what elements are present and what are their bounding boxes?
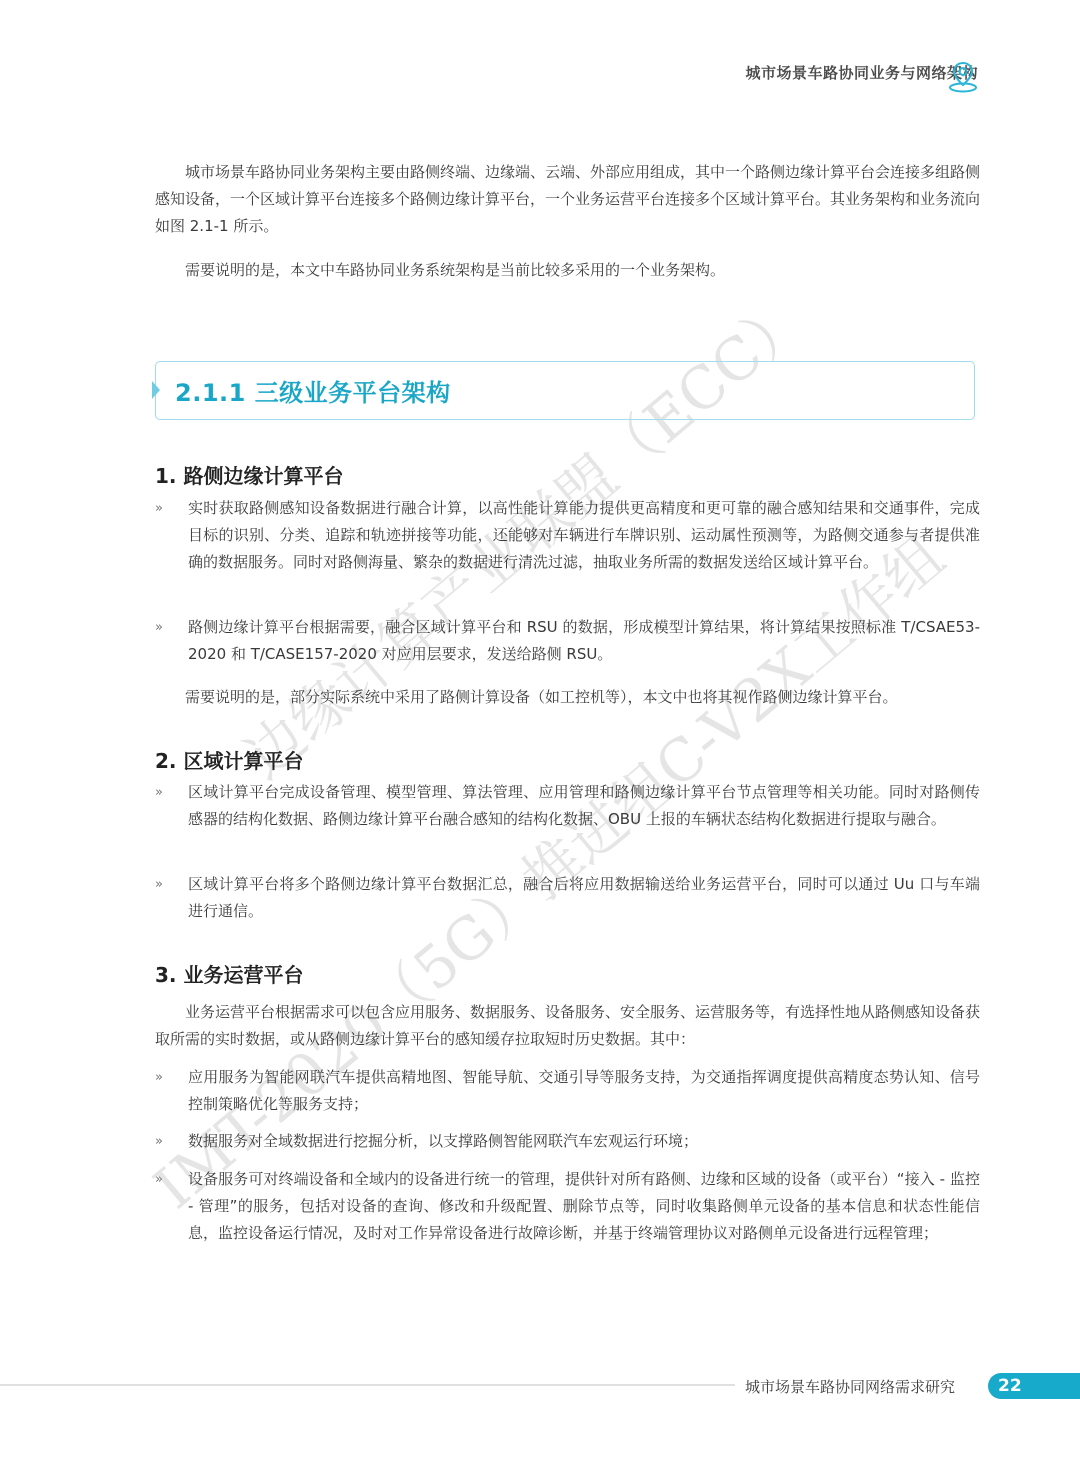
location-pin-icon: [946, 60, 980, 94]
bullet-chevron-icon: »: [155, 614, 175, 641]
bullet-chevron-icon: »: [155, 495, 175, 522]
footer-title: 城市场景车路协同网络需求研究: [745, 1376, 955, 1397]
running-header-title: 城市场景车路协同业务与网络架构: [745, 62, 978, 83]
list-item: » 实时获取路侧感知设备数据进行融合计算，以高性能计算能力提供更高精度和更可靠的…: [155, 495, 980, 576]
bullet-chevron-icon: »: [155, 779, 175, 806]
list-item: » 路侧边缘计算平台根据需要，融合区域计算平台和 RSU 的数据，形成模型计算结…: [155, 614, 980, 668]
intro-paragraph-2: 需要说明的是，本文中车路协同业务系统架构是当前比较多采用的一个业务架构。: [155, 257, 980, 284]
subsection-1-note: 需要说明的是，部分实际系统中采用了路侧计算设备（如工控机等），本文中也将其视作路…: [155, 684, 980, 711]
subsection-heading-3: 3. 业务运营平台: [155, 959, 303, 988]
section-title: 2.1.1 三级业务平台架构: [175, 373, 451, 408]
subsection-heading-1: 1. 路侧边缘计算平台: [155, 460, 343, 489]
bullet-chevron-icon: »: [155, 1064, 175, 1091]
footer-divider: [0, 1384, 735, 1386]
list-item: » 区域计算平台将多个路侧边缘计算平台数据汇总，融合后将应用数据输送给业务运营平…: [155, 871, 980, 925]
list-item: » 数据服务对全域数据进行挖掘分析，以支撑路侧智能网联汽车宏观运行环境；: [155, 1128, 980, 1155]
subsection-heading-2: 2. 区域计算平台: [155, 745, 303, 774]
bullet-chevron-icon: »: [155, 1166, 175, 1193]
list-item: » 区域计算平台完成设备管理、模型管理、算法管理、应用管理和路侧边缘计算平台节点…: [155, 779, 980, 833]
list-item: » 设备服务可对终端设备和全域内的设备进行统一的管理，提供针对所有路侧、边缘和区…: [155, 1166, 980, 1247]
subsection-3-intro: 业务运营平台根据需求可以包含应用服务、数据服务、设备服务、安全服务、运营服务等，…: [155, 999, 980, 1053]
bullet-chevron-icon: »: [155, 1128, 175, 1155]
bullet-chevron-icon: »: [155, 871, 175, 898]
list-item: » 应用服务为智能网联汽车提供高精地图、智能导航、交通引导等服务支持，为交通指挥…: [155, 1064, 980, 1118]
page-number-badge: 22: [988, 1373, 1080, 1399]
intro-paragraph-1: 城市场景车路协同业务架构主要由路侧终端、边缘端、云端、外部应用组成，其中一个路侧…: [155, 159, 980, 240]
section-arrow-icon: [152, 381, 160, 399]
